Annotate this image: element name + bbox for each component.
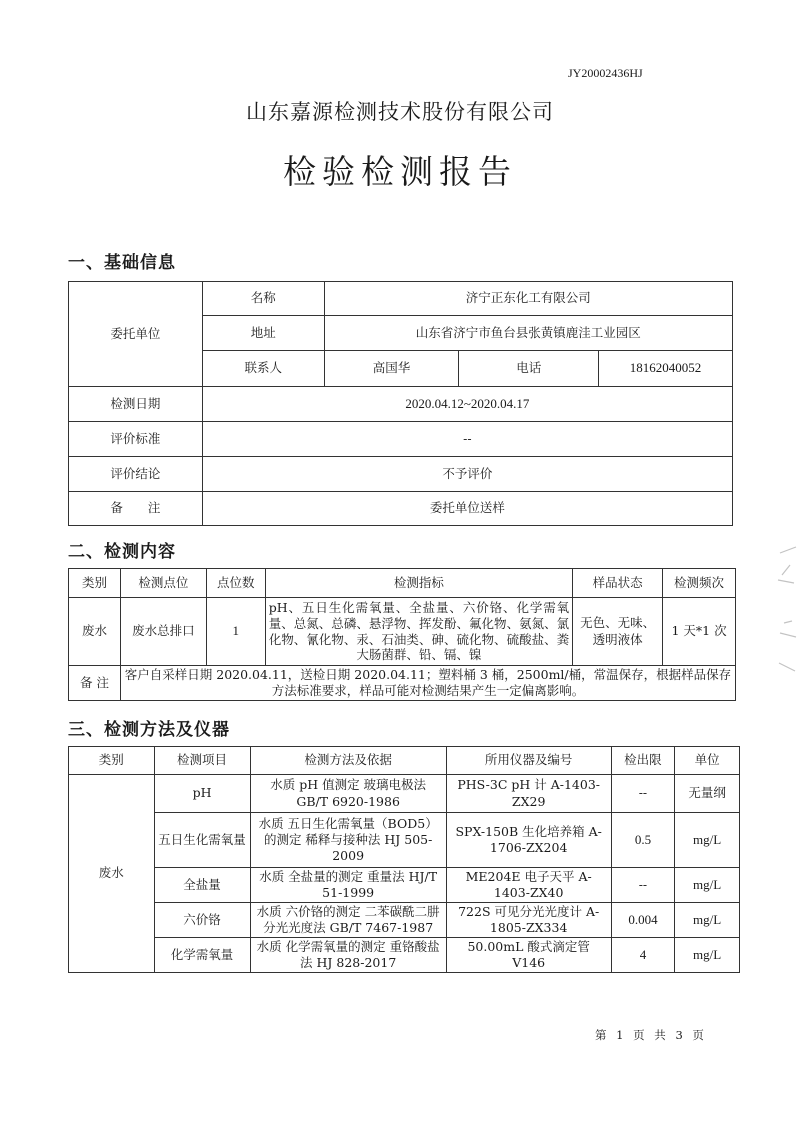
remark-value: 委托单位送样 — [202, 492, 732, 526]
client-label: 委托单位 — [69, 282, 203, 387]
document-number: JY20002436HJ — [568, 66, 643, 81]
item-cell: 六价铬 — [154, 903, 250, 938]
item-cell: 五日生化需氧量 — [154, 813, 250, 868]
section-heading-test-content: 二、检测内容 — [68, 537, 176, 562]
col-header-instrument: 所用仪器及编号 — [446, 747, 611, 775]
table-row: 六价铬 水质 六价铬的测定 二苯碳酰二肼分光光度法 GB/T 7467-1987… — [69, 903, 740, 938]
method-cell: 水质 五日生化需氧量（BOD5）的测定 稀释与接种法 HJ 505-2009 — [250, 813, 446, 868]
frequency-cell: 1 天*1 次 — [663, 598, 736, 666]
page-indicator: 第 1 页 共 3 页 — [595, 1027, 707, 1043]
item-cell: pH — [154, 775, 250, 813]
table-row: 废水 pH 水质 pH 值测定 玻璃电极法 GB/T 6920-1986 PHS… — [69, 775, 740, 813]
method-cell: 水质 六价铬的测定 二苯碳酰二肼分光光度法 GB/T 7467-1987 — [250, 903, 446, 938]
instrument-cell: SPX-150B 生化培养箱 A-1706-ZX204 — [446, 813, 611, 868]
phone-value: 18162040052 — [599, 351, 733, 387]
col-header-category: 类别 — [69, 747, 155, 775]
remark-label: 备 注 — [69, 492, 203, 526]
contact-label: 联系人 — [202, 351, 324, 387]
section-heading-basic-info: 一、基础信息 — [68, 248, 176, 273]
remark-label: 备 注 — [69, 666, 121, 701]
col-header-category: 类别 — [69, 569, 121, 598]
count-cell: 1 — [206, 598, 265, 666]
date-label: 检测日期 — [69, 387, 203, 422]
col-header-item: 检测项目 — [154, 747, 250, 775]
table-row: 五日生化需氧量 水质 五日生化需氧量（BOD5）的测定 稀释与接种法 HJ 50… — [69, 813, 740, 868]
basic-info-table: 委托单位 名称 济宁正东化工有限公司 地址 山东省济宁市鱼台县张黄镇鹿洼工业园区… — [68, 281, 733, 526]
name-value: 济宁正东化工有限公司 — [324, 282, 732, 316]
instrument-cell: 50.00mL 酸式滴定管 V146 — [446, 938, 611, 973]
contact-value: 高国华 — [324, 351, 459, 387]
col-header-point: 检测点位 — [120, 569, 206, 598]
state-cell: 无色、无味、透明液体 — [573, 598, 663, 666]
instrument-cell: ME204E 电子天平 A-1403-ZX40 — [446, 868, 611, 903]
conclusion-value: 不予评价 — [202, 457, 732, 492]
method-cell: 水质 全盐量的测定 重量法 HJ/T 51-1999 — [250, 868, 446, 903]
category-cell: 废水 — [69, 598, 121, 666]
col-header-indicators: 检测指标 — [265, 569, 572, 598]
seal-stamp-icon — [770, 545, 800, 675]
instrument-cell: PHS-3C pH 计 A-1403-ZX29 — [446, 775, 611, 813]
unit-cell: mg/L — [675, 868, 740, 903]
standard-label: 评价标准 — [69, 422, 203, 457]
limit-cell: 4 — [611, 938, 675, 973]
col-header-limit: 检出限 — [611, 747, 675, 775]
limit-cell: -- — [611, 868, 675, 903]
col-header-unit: 单位 — [675, 747, 740, 775]
col-header-frequency: 检测频次 — [663, 569, 736, 598]
table-row: 全盐量 水质 全盐量的测定 重量法 HJ/T 51-1999 ME204E 电子… — [69, 868, 740, 903]
unit-cell: mg/L — [675, 938, 740, 973]
conclusion-label: 评价结论 — [69, 457, 203, 492]
point-cell: 废水总排口 — [120, 598, 206, 666]
limit-cell: 0.5 — [611, 813, 675, 868]
method-cell: 水质 pH 值测定 玻璃电极法 GB/T 6920-1986 — [250, 775, 446, 813]
methods-table: 类别 检测项目 检测方法及依据 所用仪器及编号 检出限 单位 废水 pH 水质 … — [68, 746, 740, 973]
section-heading-methods: 三、检测方法及仪器 — [68, 715, 230, 740]
name-label: 名称 — [202, 282, 324, 316]
method-cell: 水质 化学需氧量的测定 重铬酸盐法 HJ 828-2017 — [250, 938, 446, 973]
address-label: 地址 — [202, 316, 324, 351]
limit-cell: 0.004 — [611, 903, 675, 938]
item-cell: 化学需氧量 — [154, 938, 250, 973]
standard-value: -- — [202, 422, 732, 457]
table-row: 化学需氧量 水质 化学需氧量的测定 重铬酸盐法 HJ 828-2017 50.0… — [69, 938, 740, 973]
item-cell: 全盐量 — [154, 868, 250, 903]
unit-cell: 无量纲 — [675, 775, 740, 813]
remark-value: 客户自采样日期 2020.04.11，送检日期 2020.04.11；塑料桶 3… — [120, 666, 735, 701]
category-cell: 废水 — [69, 775, 155, 973]
date-value: 2020.04.12~2020.04.17 — [202, 387, 732, 422]
table-row: 废水 废水总排口 1 pH、五日生化需氧量、全盐量、六价铬、化学需氧量、总氮、总… — [69, 598, 736, 666]
unit-cell: mg/L — [675, 813, 740, 868]
phone-label: 电话 — [459, 351, 599, 387]
company-name: 山东嘉源检测技术股份有限公司 — [0, 96, 800, 126]
col-header-state: 样品状态 — [573, 569, 663, 598]
test-content-table: 类别 检测点位 点位数 检测指标 样品状态 检测频次 废水 废水总排口 1 pH… — [68, 568, 736, 701]
limit-cell: -- — [611, 775, 675, 813]
col-header-method: 检测方法及依据 — [250, 747, 446, 775]
report-title: 检验检测报告 — [0, 146, 800, 193]
indicators-cell: pH、五日生化需氧量、全盐量、六价铬、化学需氧量、总氮、总磷、悬浮物、挥发酚、氟… — [265, 598, 572, 666]
unit-cell: mg/L — [675, 903, 740, 938]
col-header-count: 点位数 — [206, 569, 265, 598]
address-value: 山东省济宁市鱼台县张黄镇鹿洼工业园区 — [324, 316, 732, 351]
instrument-cell: 722S 可见分光光度计 A-1805-ZX334 — [446, 903, 611, 938]
